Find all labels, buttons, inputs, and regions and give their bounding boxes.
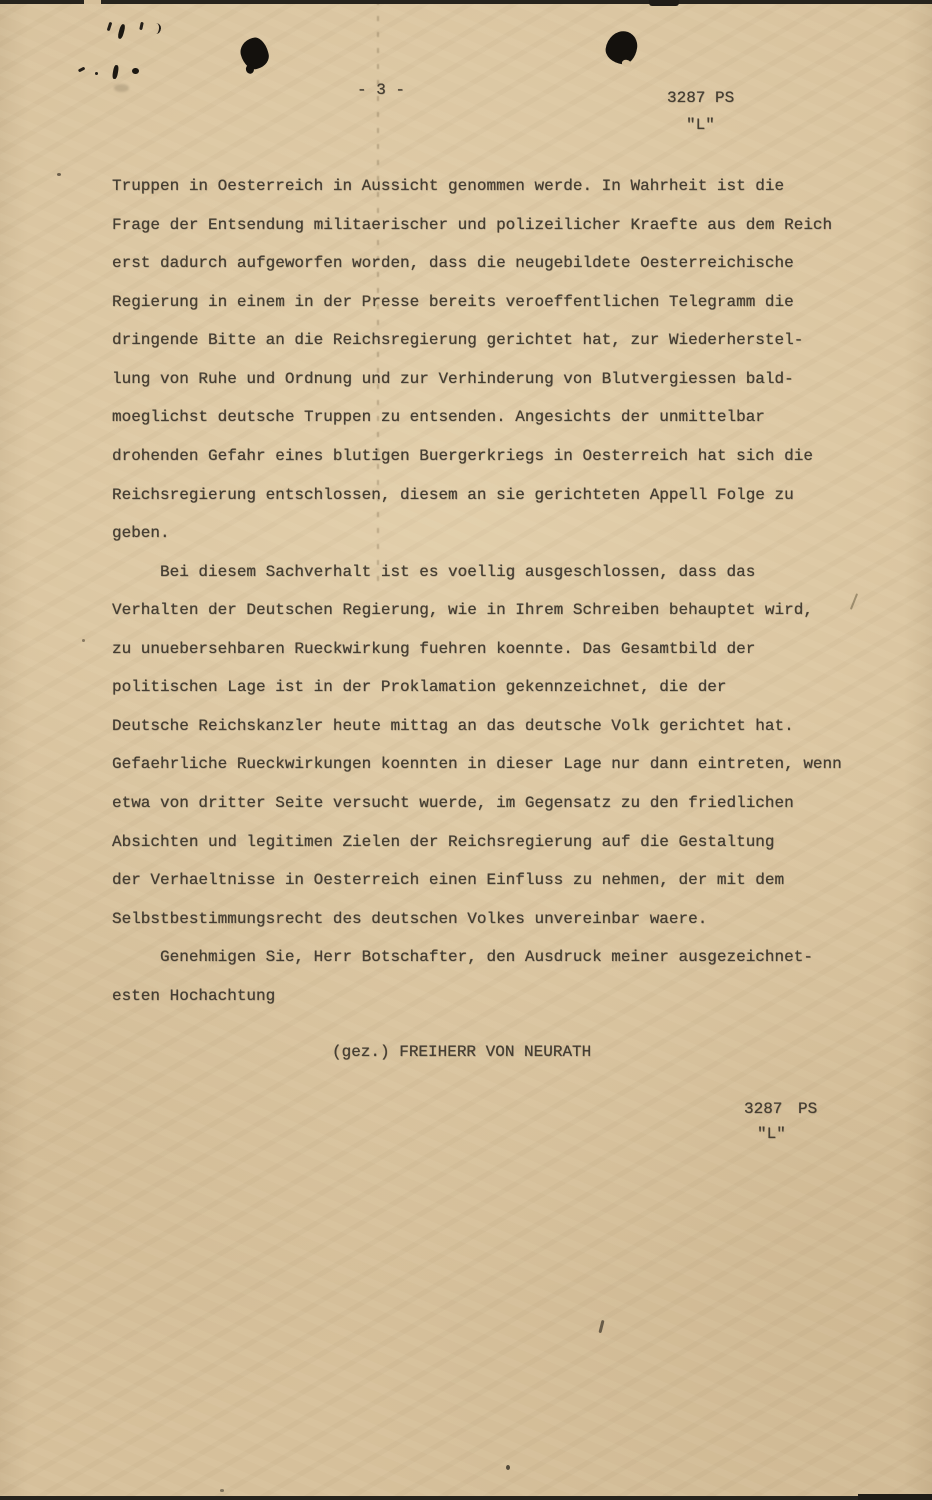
header-document-letter: "L"	[686, 115, 715, 135]
footer-document-letter: "L"	[757, 1124, 786, 1144]
handwriting-mark	[95, 72, 98, 75]
document-body: Truppen in Oesterreich in Aussicht genom…	[112, 167, 842, 1015]
text-line: lung von Ruhe und Ordnung und zur Verhin…	[112, 360, 842, 399]
text-line: politischen Lage ist in der Proklamation…	[112, 668, 842, 707]
handwriting-mark	[132, 68, 139, 74]
paper-speck	[220, 1489, 224, 1492]
text-line: Bei diesem Sachverhalt ist es voellig au…	[112, 553, 842, 592]
text-line: Absichten und legitimen Zielen der Reich…	[112, 823, 842, 862]
text-line: Truppen in Oesterreich in Aussicht genom…	[112, 167, 842, 206]
pencil-stroke	[598, 1320, 604, 1333]
text-line: Gefaehrliche Rueckwirkungen koennten in …	[112, 745, 842, 784]
text-line: zu unuebersehbaren Rueckwirkung fuehren …	[112, 630, 842, 669]
paper-speck	[57, 173, 61, 176]
footer-document-number: 3287 PS	[744, 1099, 817, 1119]
scan-edge-top-nub	[649, 0, 679, 6]
scan-edge-bottom	[0, 1496, 932, 1500]
handwriting-mark	[139, 22, 144, 30]
scan-edge-top-gap	[84, 0, 101, 4]
text-line: Deutsche Reichskanzler heute mittag an d…	[112, 707, 842, 746]
scan-edge-top	[0, 0, 932, 4]
paper-speck	[506, 1465, 510, 1470]
text-line: Frage der Entsendung militaerischer und …	[112, 206, 842, 245]
ink-smudge	[114, 84, 129, 92]
pencil-stroke	[850, 593, 858, 610]
ink-blot-right	[604, 29, 639, 66]
page-number: - 3 -	[357, 80, 405, 100]
text-line: Selbstbestimmungsrecht des deutschen Vol…	[112, 900, 842, 939]
text-line: geben.	[112, 514, 842, 553]
paper-speck	[82, 639, 85, 642]
text-line: dringende Bitte an die Reichsregierung g…	[112, 321, 842, 360]
handwriting-mark	[112, 65, 119, 80]
text-line: Regierung in einem in der Presse bereits…	[112, 283, 842, 322]
text-line: drohenden Gefahr eines blutigen Buergerk…	[112, 437, 842, 476]
header-document-number: 3287 PS	[667, 88, 734, 108]
text-line: Reichsregierung entschlossen, diesem an …	[112, 476, 842, 515]
text-line: Genehmigen Sie, Herr Botschafter, den Au…	[112, 938, 842, 977]
handwriting-mark	[117, 24, 126, 40]
scan-edge-bottom-thick	[858, 1494, 932, 1500]
text-line: der Verhaeltnisse in Oesterreich einen E…	[112, 861, 842, 900]
text-line: erst dadurch aufgeworfen worden, dass di…	[112, 244, 842, 283]
handwriting-mark	[151, 23, 162, 35]
text-line: esten Hochachtung	[112, 977, 842, 1016]
ink-blot-left	[237, 35, 271, 72]
handwriting-mark	[107, 22, 113, 31]
text-line: Verhalten der Deutschen Regierung, wie i…	[112, 591, 842, 630]
text-line: moeglichst deutsche Truppen zu entsenden…	[112, 398, 842, 437]
text-line: etwa von dritter Seite versucht wuerde, …	[112, 784, 842, 823]
handwriting-mark	[78, 67, 85, 72]
signature-line: (gez.) FREIHERR VON NEURATH	[332, 1042, 591, 1062]
